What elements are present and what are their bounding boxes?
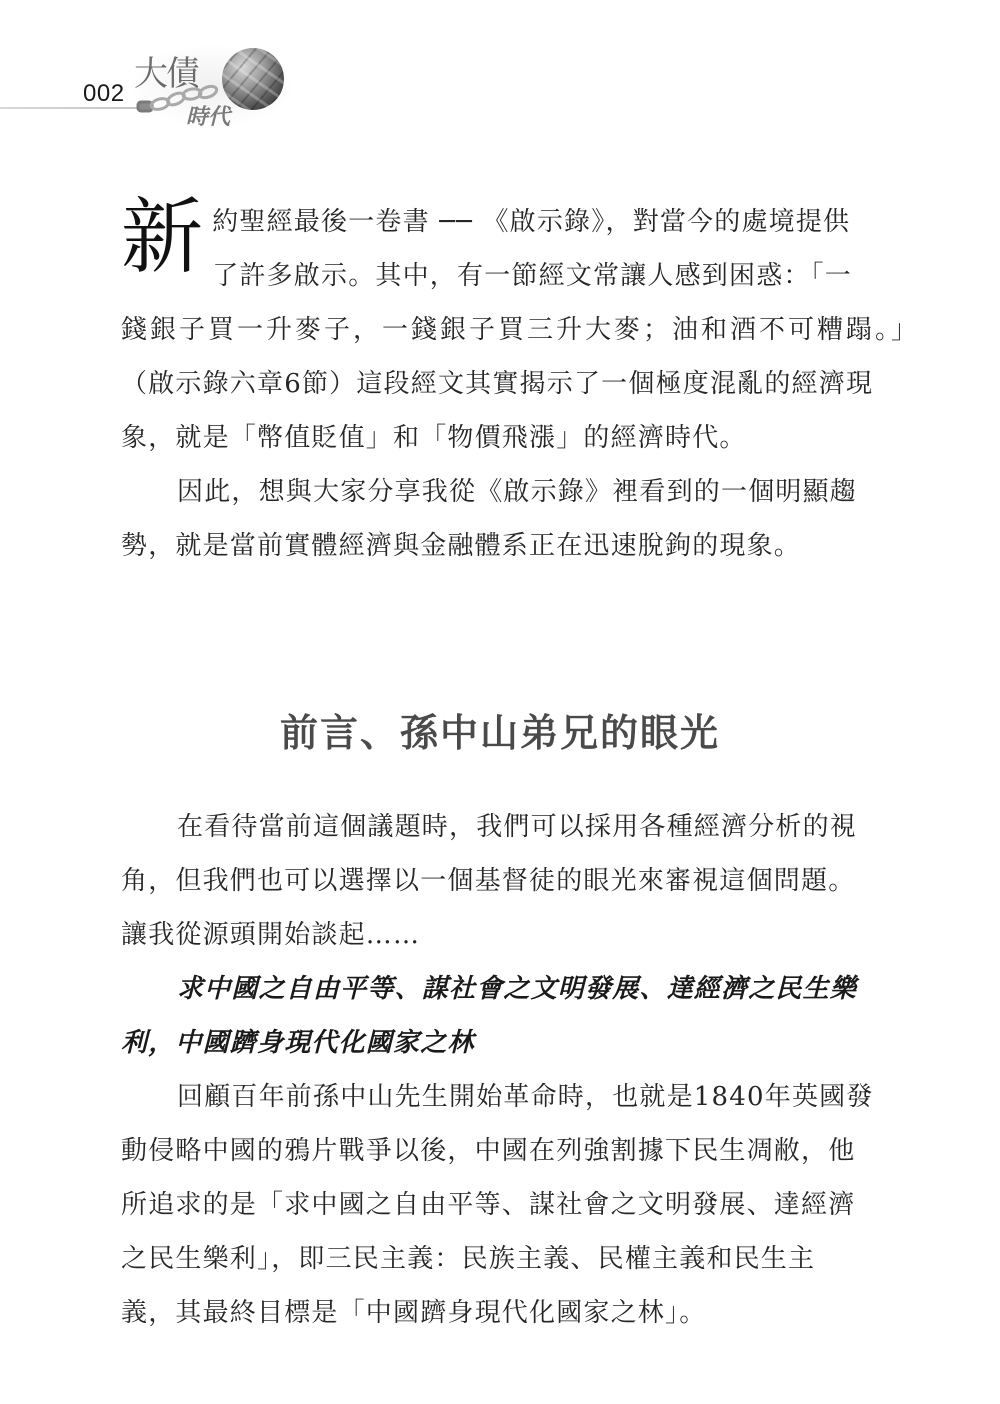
text-line: 讓我從源頭開始談起……: [121, 908, 881, 962]
text-line: 了許多啟示。其中，有一節經文常讓人感到困惑：「一: [121, 249, 881, 303]
text-line: 動侵略中國的鴉片戰爭以後，中國在列強割據下民生凋敝，他: [121, 1124, 881, 1178]
section-title: 前言、孫中山弟兄的眼光: [0, 702, 1000, 757]
text-line: 在看待當前這個議題時，我們可以採用各種經濟分析的視: [121, 800, 881, 854]
text-line: 之民生樂利」，即三民主義：民族主義、民權主義和民生主: [121, 1232, 881, 1286]
text-line: 因此，想與大家分享我從《啟示錄》裡看到的一個明顯趨: [121, 465, 881, 519]
drop-cap: 新: [121, 197, 204, 279]
text-line: 勢，就是當前實體經濟與金融體系正在迅速脫鉤的現象。: [121, 519, 881, 573]
text-line: 義，其最終目標是「中國躋身現代化國家之林」。: [121, 1286, 881, 1340]
section-body: 在看待當前這個議題時，我們可以採用各種經濟分析的視 角，但我們也可以選擇以一個基…: [121, 800, 881, 1340]
subheading-line: 利，中國躋身現代化國家之林: [121, 1016, 881, 1070]
scripture-quote-line: 錢銀子買一升麥子，一錢銀子買三升大麥；油和酒不可糟蹋。」: [121, 303, 881, 357]
text-line: （啟示錄六章6節）這段經文其實揭示了一個極度混亂的經濟現: [121, 357, 881, 411]
text-line: 角，但我們也可以選擇以一個基督徒的眼光來審視這個問題。: [121, 854, 881, 908]
text-line: 象，就是「幣值貶值」和「物價飛漲」的經濟時代。: [121, 411, 881, 465]
intro-paragraph: 新 約聖經最後一卷書 ── 《啟示錄》，對當今的處境提供 了許多啟示。其中，有一…: [121, 195, 881, 573]
money-ball-icon: [222, 48, 284, 110]
text-line: 所追求的是「求中國之自由平等、謀社會之文明發展、達經濟: [121, 1178, 881, 1232]
subheading-line: 求中國之自由平等、謀社會之文明發展、達經濟之民生樂: [121, 962, 881, 1016]
logo-title: 大債: [134, 46, 198, 95]
logo-subtitle: 時代: [186, 100, 230, 131]
text-line: 回顧百年前孫中山先生開始革命時，也就是1840年英國發: [121, 1070, 881, 1124]
book-logo: 大債 時代: [122, 38, 302, 138]
page-number: 002: [83, 80, 125, 108]
text-line: 約聖經最後一卷書 ── 《啟示錄》，對當今的處境提供: [121, 195, 881, 249]
